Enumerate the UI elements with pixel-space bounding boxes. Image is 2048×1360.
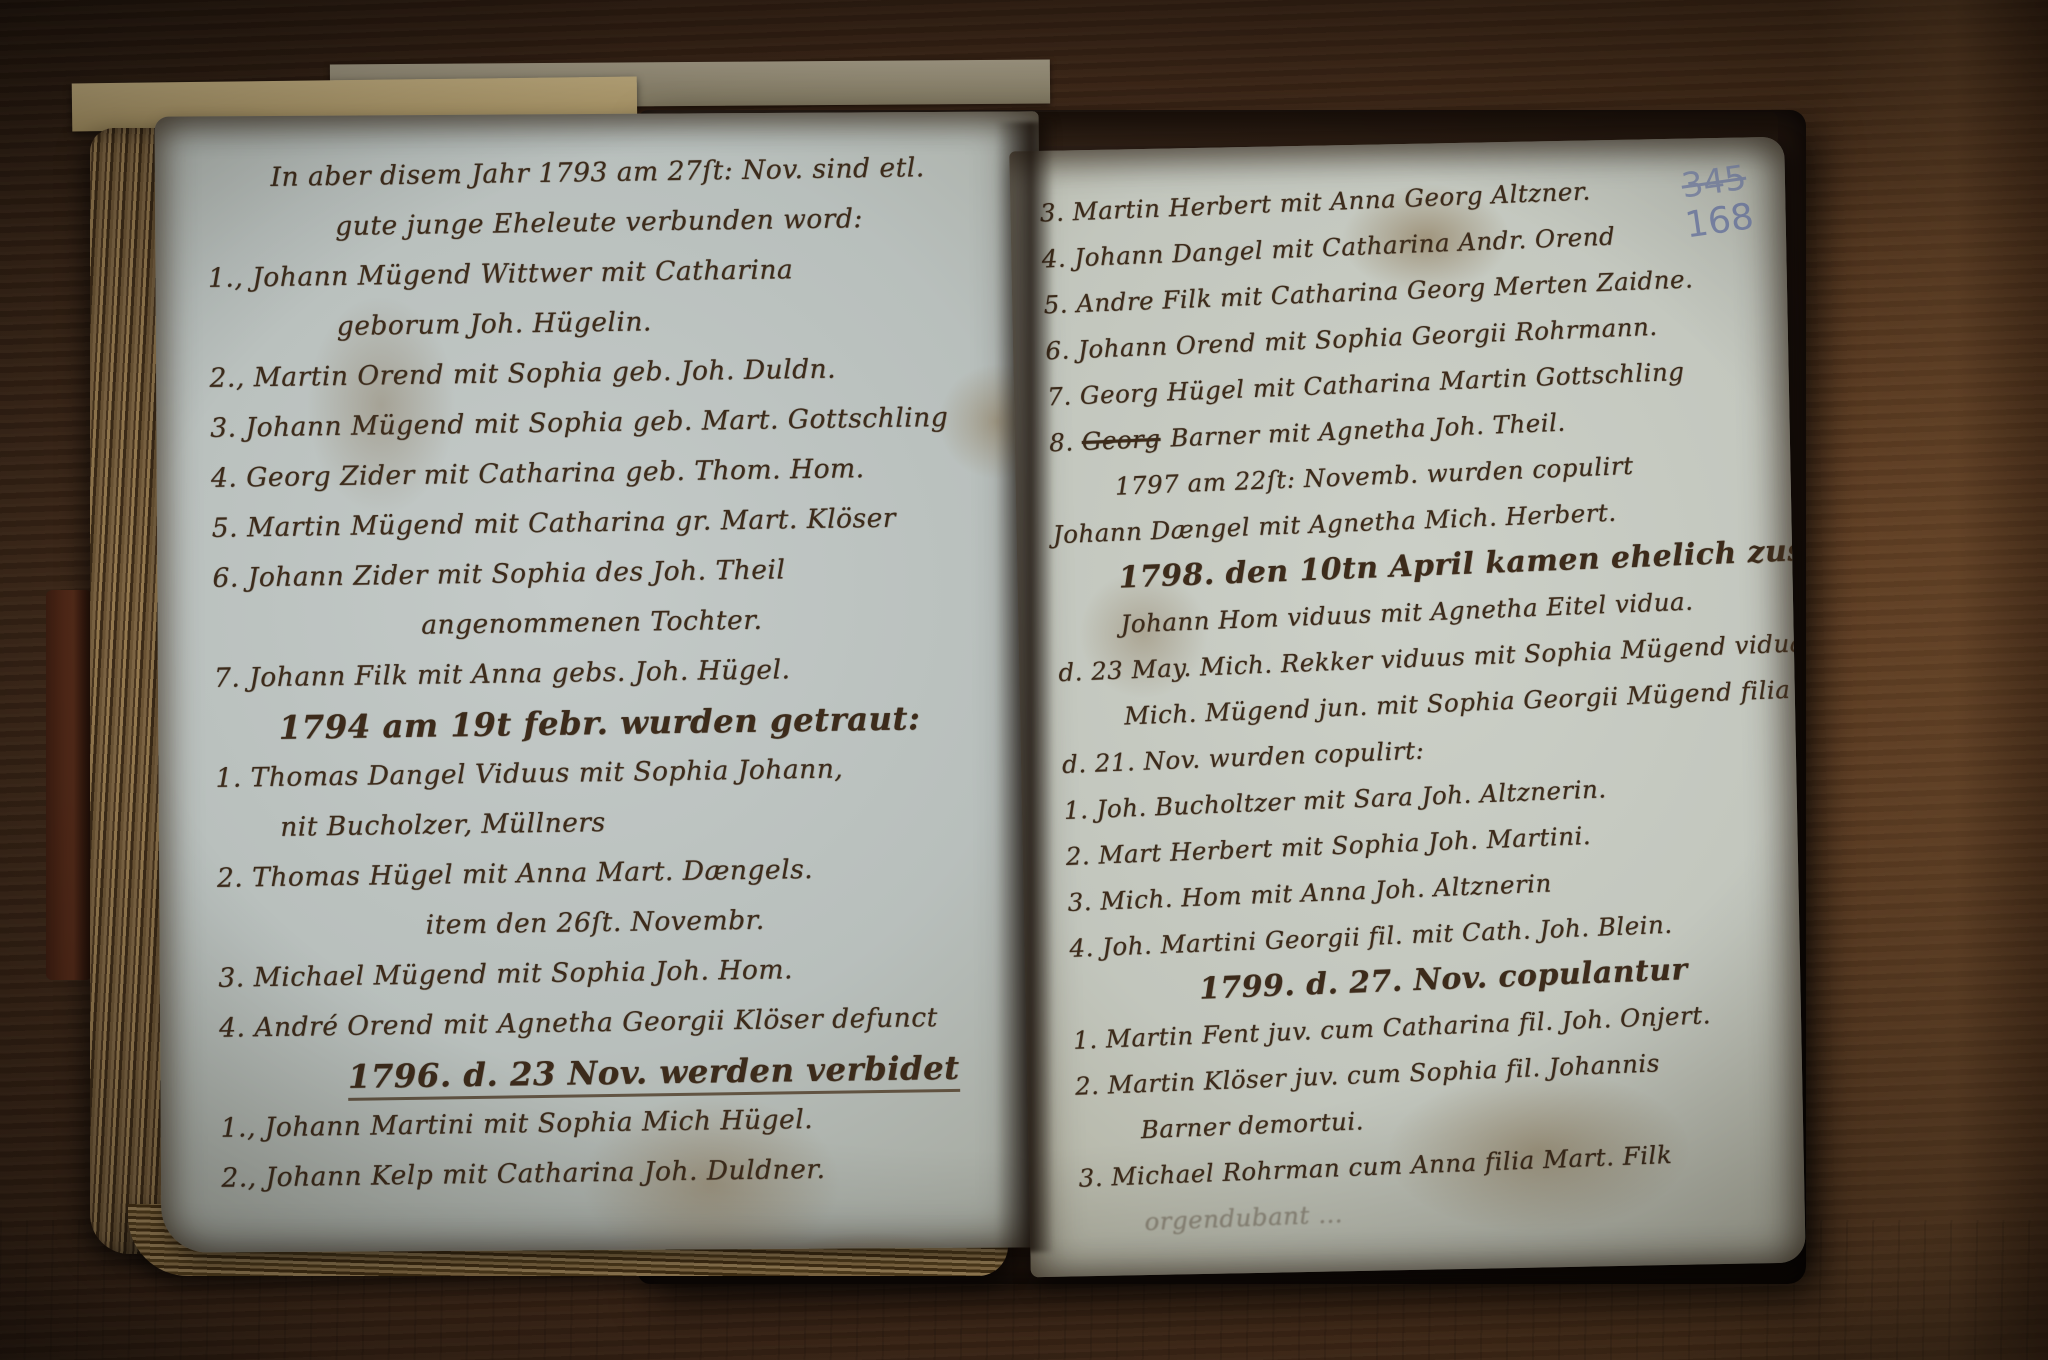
struck-through-word: Georg xyxy=(1081,424,1161,456)
manuscript-line-text: nit Bucholzer, Müllners xyxy=(280,807,606,843)
manuscript-line-text: 1., Johann Martini mit Sophia Mich Hügel… xyxy=(220,1104,813,1144)
wood-table-highlight xyxy=(1818,0,2048,1360)
manuscript-line-text: 3. Johann Mügend mit Sophia geb. Mart. G… xyxy=(210,402,948,444)
manuscript-line-text: gute junge Eheleute verbunden word: xyxy=(335,203,863,242)
manuscript-line-text: item den 26ſt. Novembr. xyxy=(425,905,765,941)
manuscript-line-text: 7. Johann Filk mit Anna gebs. Joh. Hügel… xyxy=(214,654,791,694)
manuscript-line-text: Barner mit Agnetha Joh. Theil. xyxy=(1170,408,1566,453)
manuscript-line-text: In aber disem Jahr 1793 am 27ſt: Nov. si… xyxy=(270,152,925,193)
book-gutter-shadow xyxy=(996,122,1054,1252)
manuscript-line-text: 1. Thomas Dangel Viduus mit Sophia Johan… xyxy=(215,754,843,794)
photo-of-open-register-book: In aber disem Jahr 1793 am 27ſt: Nov. si… xyxy=(0,0,2048,1360)
manuscript-line-text: 4. Georg Zider mit Catharina geb. Thom. … xyxy=(211,453,865,494)
manuscript-line-text: d. 21. Nov. wurden copulirt: xyxy=(1061,736,1424,780)
manuscript-line-text: 2., Johann Kelp mit Catharina Joh. Duldn… xyxy=(221,1154,826,1194)
manuscript-line-text: 1796. d. 23 Nov. werden verbidet xyxy=(348,1049,960,1101)
open-book: In aber disem Jahr 1793 am 27ſt: Nov. si… xyxy=(58,92,1806,1284)
manuscript-line-text: 3. Michael Mügend mit Sophia Joh. Hom. xyxy=(218,954,793,994)
right-page-manuscript-text: 3. Martin Herbert mit Anna Georg Altzner… xyxy=(1039,162,1791,1248)
manuscript-line-text: 1., Johann Mügend Wittwer mit Catharina xyxy=(208,254,794,294)
manuscript-line-text: 5. Martin Mügend mit Catharina gr. Mart.… xyxy=(212,503,897,544)
manuscript-line-text: angenommenen Tochter. xyxy=(421,605,763,641)
manuscript-line: 2., Johann Kelp mit Catharina Joh. Duldn… xyxy=(221,1142,1022,1204)
manuscript-line-text: 2., Martin Orend mit Sophia geb. Joh. Du… xyxy=(209,354,836,394)
manuscript-line-text: Barner demortui. xyxy=(1140,1106,1364,1144)
left-page: In aber disem Jahr 1793 am 27ſt: Nov. si… xyxy=(155,111,1046,1252)
manuscript-line-text: 2. Thomas Hügel mit Anna Mart. Dængels. xyxy=(217,854,814,894)
manuscript-line-text: 1794 am 19t febr. wurden getraut: xyxy=(278,699,920,747)
manuscript-line-text: geborum Joh. Hügelin. xyxy=(337,306,653,342)
right-page: 345 168 3. Martin Herbert mit Anna Georg… xyxy=(1009,137,1805,1278)
manuscript-line-text: orgendubant … xyxy=(1144,1199,1344,1236)
manuscript-line-text: 4. André Orend mit Agnetha Georgii Klöse… xyxy=(219,1002,938,1044)
left-page-manuscript-text: In aber disem Jahr 1793 am 27ſt: Nov. si… xyxy=(206,142,1021,1204)
manuscript-line-text: 6. Johann Zider mit Sophia des Joh. Thei… xyxy=(212,554,785,593)
